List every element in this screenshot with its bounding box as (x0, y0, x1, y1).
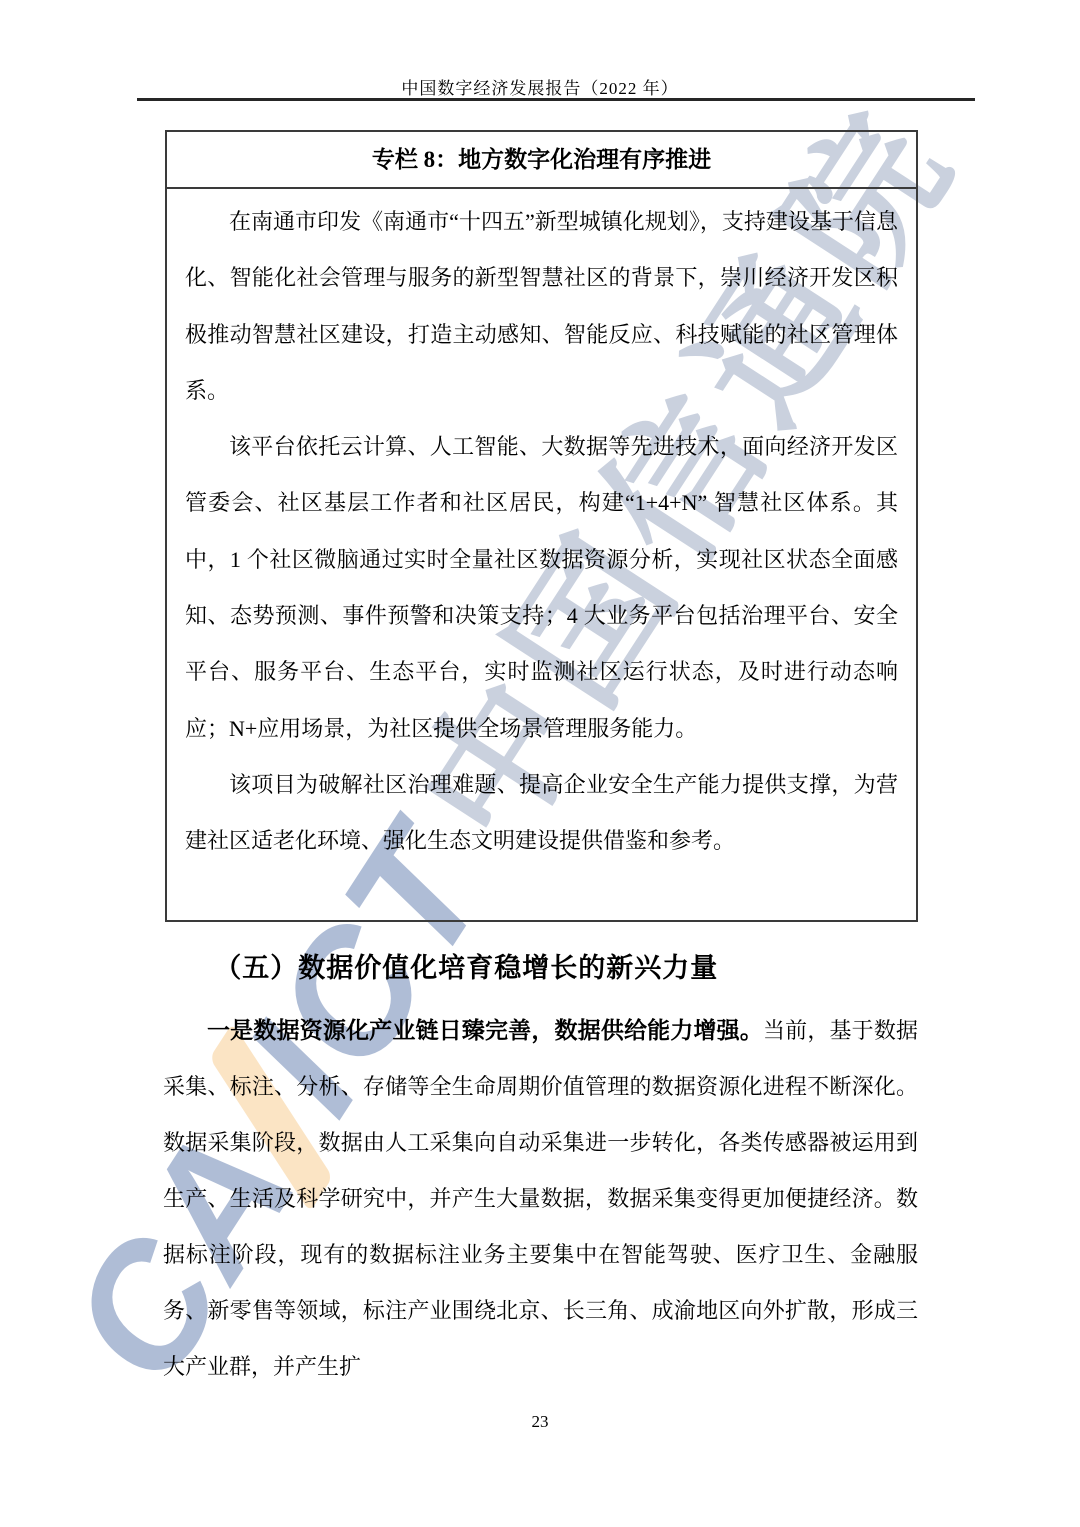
column-8-box: 专栏 8：地方数字化治理有序推进 在南通市印发《南通市“十四五”新型城镇化规划》… (165, 130, 918, 922)
document-page: CA ICT 中国信通院 中国数字经济发展报告（2022 年） 专栏 8：地方数… (0, 0, 1080, 1527)
box-paragraph-2: 该平台依托云计算、人工智能、大数据等先进技术，面向经济开发区管委会、社区基层工作… (185, 419, 898, 757)
paragraph-lead-bold: 一是数据资源化产业链日臻完善，数据供给能力增强。 (207, 1017, 763, 1043)
box-paragraph-1: 在南通市印发《南通市“十四五”新型城镇化规划》，支持建设基于信息化、智能化社会管… (185, 194, 898, 419)
page-number: 23 (0, 1412, 1080, 1432)
column-box-body: 在南通市印发《南通市“十四五”新型城镇化规划》，支持建设基于信息化、智能化社会管… (167, 189, 916, 870)
section-paragraph: 一是数据资源化产业链日臻完善，数据供给能力增强。当前，基于数据采集、标注、分析、… (163, 1002, 918, 1395)
section-heading-5: （五）数据价值化培育稳增长的新兴力量 (163, 946, 918, 985)
paragraph-body-text: 当前，基于数据采集、标注、分析、存储等全生命周期价值管理的数据资源化进程不断深化… (163, 1018, 918, 1379)
header-divider-rule (137, 98, 975, 101)
page-content: 中国数字经济发展报告（2022 年） 专栏 8：地方数字化治理有序推进 在南通市… (0, 0, 1080, 99)
column-box-title: 专栏 8：地方数字化治理有序推进 (167, 132, 916, 189)
running-header-title: 中国数字经济发展报告（2022 年） (0, 0, 1080, 99)
box-paragraph-3: 该项目为破解社区治理难题、提高企业安全生产能力提供支撑，为营建社区适老化环境、强… (185, 757, 898, 870)
